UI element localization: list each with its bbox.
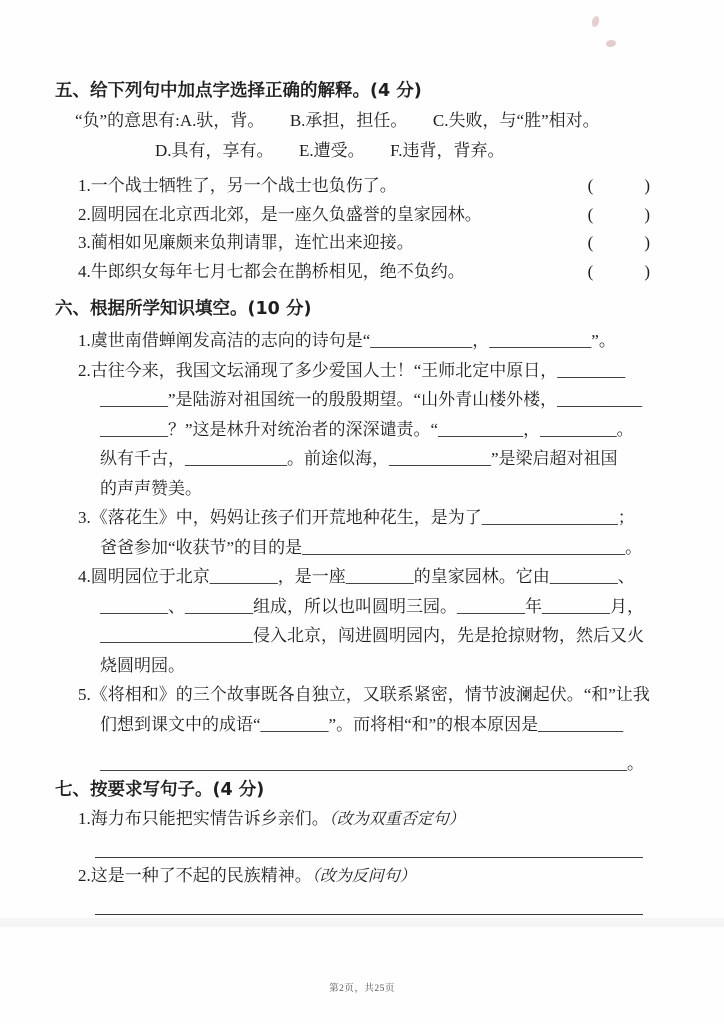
fill-item-blank-line: ________________________________________… bbox=[100, 749, 724, 779]
scan-artifact-mark bbox=[606, 39, 617, 47]
choice-item: 2.圆明园在北京西北郊，是一座久负盛誉的皇家园林。 ( ) bbox=[78, 201, 650, 230]
rewrite-item: 2.这是一种了不起的民族精神。（改为反问句） bbox=[78, 861, 724, 892]
scan-artifact-mark bbox=[590, 15, 600, 28]
section7-heading: 七、按要求写句子。(4 分) bbox=[55, 779, 724, 801]
fill-item-line: 的声声赞美。 bbox=[100, 474, 724, 504]
scan-shadow-band bbox=[0, 918, 724, 927]
fill-item-line: 爸爸参加“收获节”的目的是___________________________… bbox=[100, 533, 724, 563]
fill-item: 2.古往今来，我国文坛涌现了多少爱国人士！“王师北定中原日，________ _… bbox=[0, 356, 724, 504]
choice-item: 1.一个战士牺牲了，另一个战士也负伤了。 ( ) bbox=[78, 172, 650, 201]
emphasized-char: 负 bbox=[329, 172, 346, 201]
rewrite-item: 1.海力布只能把实情告诉乡亲们。（改为双重否定句） bbox=[78, 804, 724, 835]
section5-options-line2: D.具有，享有。 E.遭受。 F.违背，背弃。 bbox=[155, 136, 724, 166]
section5-heading: 五、给下列句中加点字选择正确的解释。(4 分) bbox=[55, 80, 724, 102]
fill-item-line: 5.《将相和》的三个故事既各自独立，又联系紧密，情节波澜起伏。“和”让我 bbox=[78, 680, 724, 710]
choice-item-text: 2.圆明园在北京西北郊，是一座久负盛誉的皇家园林。 bbox=[78, 201, 482, 230]
choice-item-text: 4.牛郎织女每年七月七都会在鹊桥相见，绝不负约。 bbox=[78, 258, 465, 287]
fill-item-line: 2.古往今来，我国文坛涌现了多少爱国人士！“王师北定中原日，________ bbox=[78, 356, 724, 386]
fill-item: 4.圆明园位于北京________，是一座________的皇家园林。它由___… bbox=[0, 562, 724, 680]
fill-item: 1.虞世南借蝉阐发高洁的志向的诗句是“____________，________… bbox=[0, 326, 724, 356]
fill-item-line: 1.虞世南借蝉阐发高洁的志向的诗句是“____________，________… bbox=[78, 326, 724, 356]
section6-item-list: 1.虞世南借蝉阐发高洁的志向的诗句是“____________，________… bbox=[0, 326, 724, 779]
page-footer: 第2页，共25页 bbox=[0, 980, 724, 994]
rewrite-item-text: 1.海力布只能把实情告诉乡亲们。 bbox=[78, 809, 329, 828]
section5-item-list: 1.一个战士牺牲了，另一个战士也负伤了。 ( ) 2.圆明园在北京西北郊，是一座… bbox=[0, 172, 724, 286]
fill-item-line: 纵有千古，____________。前途似海，____________”是梁启超… bbox=[100, 444, 724, 474]
fill-item-line: ________、________组成，所以也叫圆明三园。________年__… bbox=[100, 592, 724, 622]
fill-item-line: 3.《落花生》中，妈妈让孩子们开荒地种花生，是为了_______________… bbox=[78, 503, 724, 533]
answer-bracket: ( ) bbox=[588, 172, 650, 201]
rewrite-item-instruction: （改为反问句） bbox=[312, 868, 416, 885]
fill-item-line: ________？”这是林升对统治者的深深谴责。“__________，____… bbox=[100, 415, 724, 445]
answer-line bbox=[95, 837, 643, 858]
answer-bracket: ( ) bbox=[588, 258, 650, 287]
rewrite-item-text: 2.这是一种了不起的民族精神。 bbox=[78, 866, 312, 885]
exam-page: 五、给下列句中加点字选择正确的解释。(4 分) “负”的意思有:A.驮，背。 B… bbox=[0, 0, 724, 1024]
emphasized-char: 负 bbox=[329, 201, 346, 230]
choice-item: 4.牛郎织女每年七月七都会在鹊桥相见，绝不负约。 ( ) bbox=[78, 258, 650, 287]
fill-item-line: 4.圆明园位于北京________，是一座________的皇家园林。它由___… bbox=[78, 562, 724, 592]
choice-item-text: 1.一个战士牺牲了，另一个战士也负伤了。 bbox=[78, 172, 397, 201]
fill-item-line: 们想到课文中的成语“________”。而将相“和”的根本原因是________… bbox=[100, 710, 724, 740]
fill-item: 5.《将相和》的三个故事既各自独立，又联系紧密，情节波澜起伏。“和”让我 们想到… bbox=[0, 680, 724, 779]
emphasized-char: 负 bbox=[414, 258, 431, 287]
rewrite-item-instruction: （改为双重否定句） bbox=[329, 811, 465, 828]
section5-options-line1: “负”的意思有:A.驮，背。 B.承担，担任。 C.失败，与“胜”相对。 bbox=[75, 106, 724, 136]
answer-bracket: ( ) bbox=[588, 201, 650, 230]
emphasized-char: 负 bbox=[210, 229, 227, 258]
fill-item: 3.《落花生》中，妈妈让孩子们开荒地种花生，是为了_______________… bbox=[0, 503, 724, 562]
section6-heading: 六、根据所学知识填空。(10 分) bbox=[55, 298, 724, 320]
answer-bracket: ( ) bbox=[588, 229, 650, 258]
choice-item: 3.蔺相如见廉颇来负荆请罪，连忙出来迎接。 ( ) bbox=[78, 229, 650, 258]
choice-item-text: 3.蔺相如见廉颇来负荆请罪，连忙出来迎接。 bbox=[78, 229, 414, 258]
answer-line bbox=[95, 894, 643, 915]
fill-item-line: ________”是陆游对祖国统一的殷殷期望。“山外青山楼外楼，________… bbox=[100, 385, 724, 415]
fill-item-line: __________________侵入北京，闯进圆明园内，先是抢掠财物，然后又… bbox=[100, 621, 724, 651]
fill-item-line: 烧圆明园。 bbox=[100, 651, 724, 681]
